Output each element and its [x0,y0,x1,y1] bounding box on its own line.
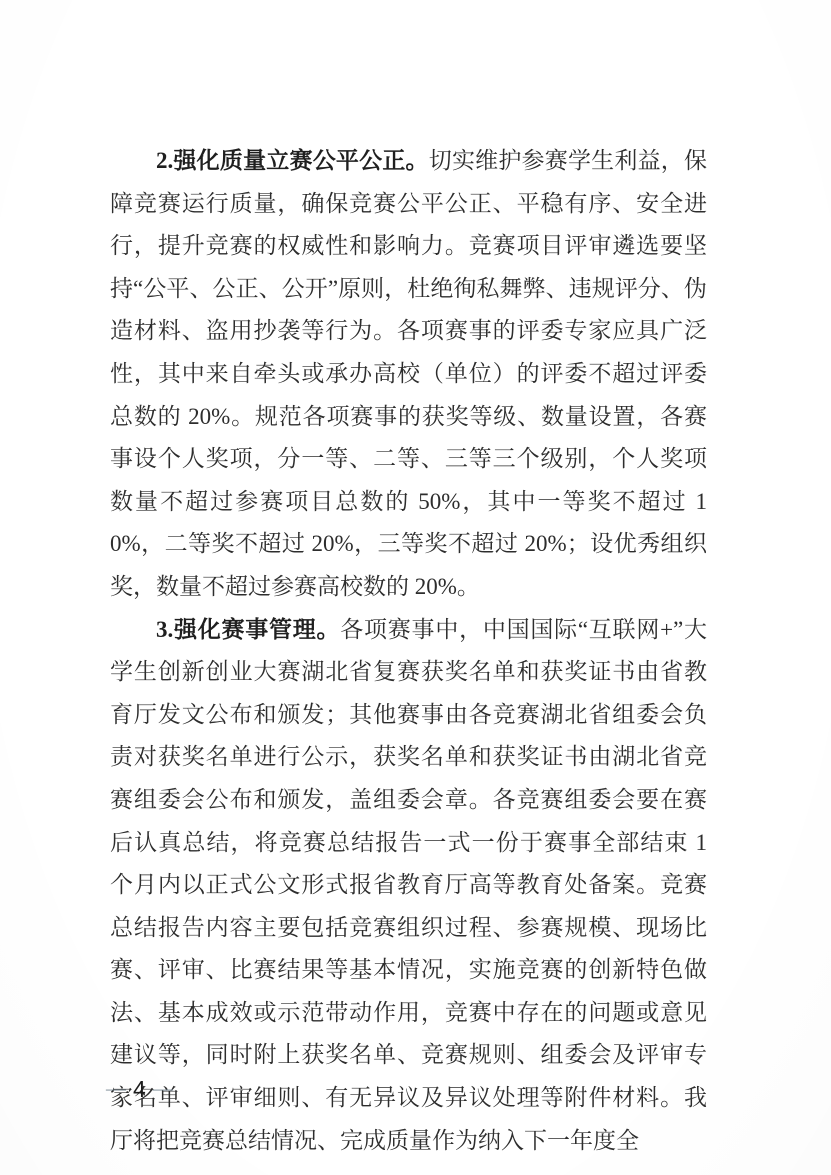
document-body: 2.强化质量立赛公平公正。切实维护参赛学生利益，保障竞赛运行质量，确保竞赛公平公… [110,140,707,1162]
page-number-dash-left: — [106,1081,126,1098]
page-number-value: 4 [133,1078,146,1101]
paragraph-section-3: 3.强化赛事管理。各项赛事中，中国国际“互联网+”大学生创新创业大赛湖北省复赛获… [110,609,707,1163]
section-2-body: 切实维护参赛学生利益，保障竞赛运行质量，确保竞赛公平公正、平稳有序、安全进行，提… [110,148,707,599]
page-number: — 4 — [106,1074,173,1104]
section-2-heading: 2.强化质量立赛公平公正。 [156,148,429,173]
document-page: 2.强化质量立赛公平公正。切实维护参赛学生利益，保障竞赛运行质量，确保竞赛公平公… [0,0,831,1175]
section-3-body: 各项赛事中，中国国际“互联网+”大学生创新创业大赛湖北省复赛获奖名单和获奖证书由… [110,617,707,1153]
section-3-heading: 3.强化赛事管理。 [156,617,340,642]
paragraph-section-2: 2.强化质量立赛公平公正。切实维护参赛学生利益，保障竞赛运行质量，确保竞赛公平公… [110,140,707,609]
page-number-dash-right: — [153,1081,173,1098]
